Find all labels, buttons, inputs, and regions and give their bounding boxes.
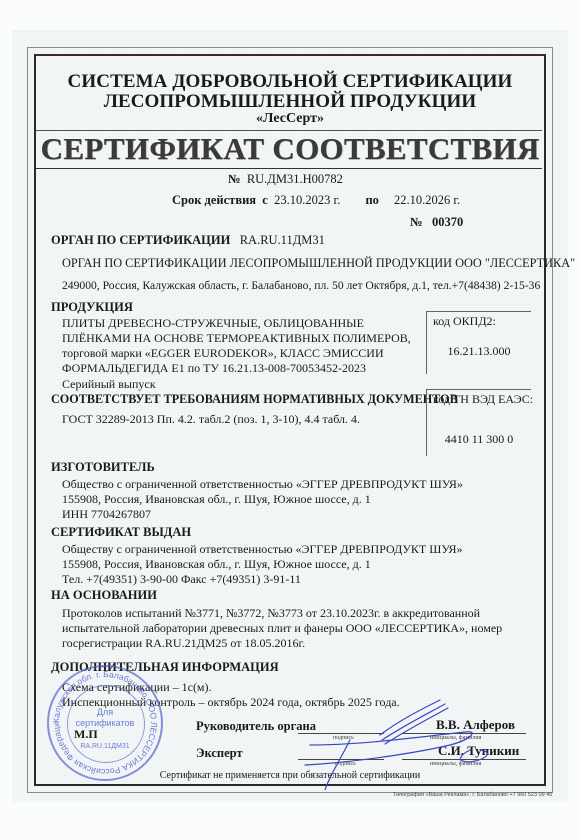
title-divider: [36, 168, 542, 169]
system-brand: «ЛесСерт»: [0, 111, 580, 127]
basis-line: испытательной лаборатории древесных плит…: [62, 621, 502, 636]
document-title: СЕРТИФИКАТ СООТВЕТСТВИЯ: [0, 131, 580, 167]
expert-label: Эксперт: [196, 746, 243, 761]
system-title-line1: СИСТЕМА ДОБРОВОЛЬНОЙ СЕРТИФИКАЦИИ: [0, 71, 580, 93]
manufacturer-heading: ИЗГОТОВИТЕЛЬ: [51, 460, 155, 475]
issued-to-heading: СЕРТИФИКАТ ВЫДАН: [51, 525, 191, 540]
tnved-code-box: код ТН ВЭД ЕАЭС: 4410 11 300 0: [426, 389, 531, 456]
blank-number: № 00370: [410, 215, 463, 230]
seal-place-label: М.П: [74, 727, 98, 742]
product-line: ПЛИТЫ ДРЕВЕСНО-СТРУЖЕЧНЫЕ, ОБЛИЦОВАННЫЕ: [62, 316, 364, 331]
issued-to-line: Обществу с ограниченной ответственностью…: [62, 542, 463, 557]
certificate-number: № RU.ДМ31.Н00782: [228, 172, 343, 187]
certification-body-name: ОРГАН ПО СЕРТИФИКАЦИИ ЛЕСОПРОМЫШЛЕННОЙ П…: [62, 256, 575, 271]
product-heading: ПРОДУКЦИЯ: [51, 300, 133, 315]
valid-to-date: 22.10.2026 г.: [394, 193, 460, 207]
seal-stamp: Калужская обл. г. Балабаново ООО ЛЕССЕРТ…: [47, 665, 163, 781]
certification-body-code: RA.RU.11ДМ31: [240, 233, 325, 247]
okpd2-label: код ОКПД2:: [433, 314, 496, 329]
product-line: торговой марки «EGGER EURODEKOR», КЛАСС …: [62, 346, 384, 361]
product-serial-release: Серийный выпуск: [62, 377, 156, 392]
okpd2-code-box: код ОКПД2: 16.21.13.000: [426, 311, 531, 374]
certification-body-heading: ОРГАН ПО СЕРТИФИКАЦИИ RA.RU.11ДМ31: [51, 233, 325, 248]
conformity-heading: СООТВЕТСТВУЕТ ТРЕБОВАНИЯМ НОРМАТИВНЫХ ДО…: [51, 392, 458, 407]
validity-period: Срок действия с 23.10.2023 г. по 22.10.2…: [172, 193, 460, 208]
system-title-line2: ЛЕСОПРОМЫШЛЕННОЙ ПРОДУКЦИИ: [0, 91, 580, 113]
okpd2-value: 16.21.13.000: [427, 344, 531, 359]
tnved-label: код ТН ВЭД ЕАЭС:: [433, 392, 533, 407]
product-line: ПЛЁНКАМИ НА ОСНОВЕ ТЕРМОРЕАКТИВНЫХ ПОЛИМ…: [62, 331, 411, 346]
manufacturer-inn: ИНН 7704267807: [62, 507, 151, 522]
manufacturer-line: Общество с ограниченной ответственностью…: [62, 477, 463, 492]
issued-to-phone: Тел. +7(49351) 3-90-00 Факс +7(49351) 3-…: [62, 572, 301, 587]
issued-to-line: 155908, Россия, Ивановская обл., г. Шуя,…: [62, 557, 371, 572]
certification-body-address: 249000, Россия, Калужская область, г. Ба…: [62, 279, 540, 292]
tnved-value: 4410 11 300 0: [427, 432, 531, 447]
printer-note: Типография «Ваша Реклама», г. Балабаново…: [393, 792, 552, 798]
basis-line: Протоколов испытаний №3771, №3772, №3773…: [62, 606, 480, 621]
footer-note: Сертификат не применяется при обязательн…: [0, 770, 580, 781]
manufacturer-line: 155908, Россия, Ивановская обл., г. Шуя,…: [62, 492, 371, 507]
product-line: ФОРМАЛЬДЕГИДА Е1 по ТУ 16.21.13-008-7005…: [62, 361, 366, 376]
conformity-standard: ГОСТ 32289-2013 Пп. 4.2. табл.2 (поз. 1,…: [62, 412, 360, 427]
basis-line: госрегистрации RA.RU.21ДМ25 от 18.05.201…: [62, 636, 305, 651]
valid-from-date: 23.10.2023 г.: [274, 193, 340, 207]
basis-heading: НА ОСНОВАНИИ: [51, 588, 157, 603]
